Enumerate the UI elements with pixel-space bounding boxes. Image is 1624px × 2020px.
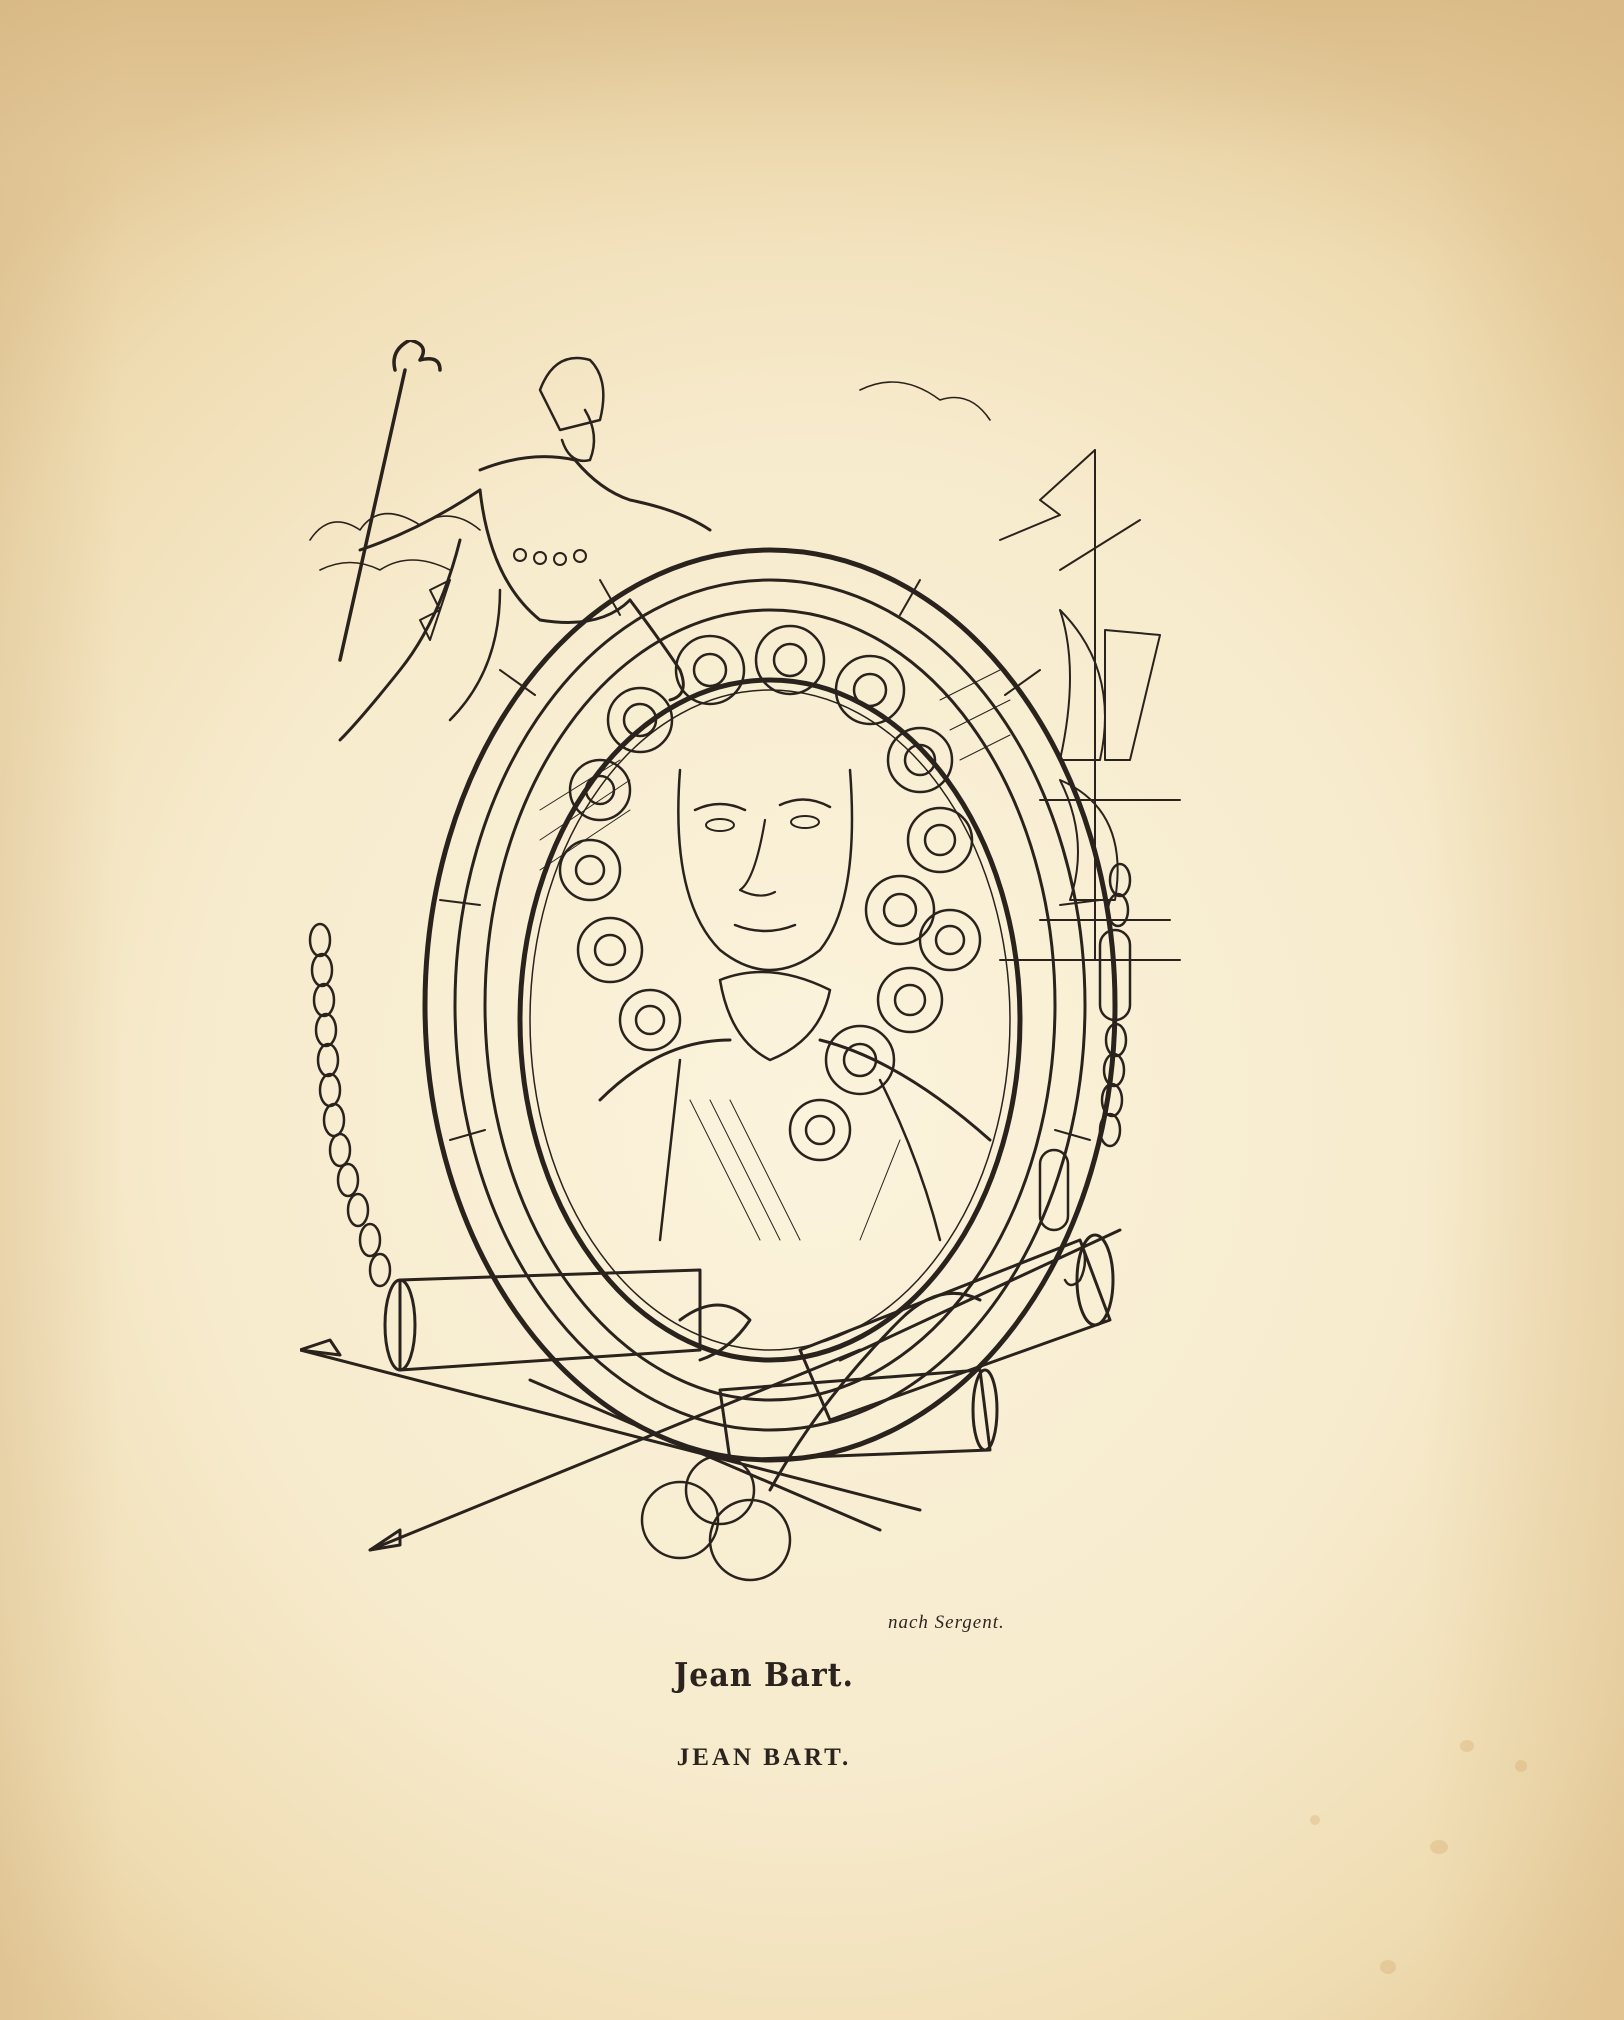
paper-stain-right	[1424, 0, 1624, 2020]
cannon-icon	[385, 1235, 1113, 1460]
engraver-credit: nach Sergent.	[888, 1612, 1005, 1634]
cannonballs-icon	[642, 1456, 790, 1580]
foxing-spot	[1430, 1840, 1448, 1854]
paper-stain-top	[0, 0, 1624, 260]
portrait-jean-bart	[540, 626, 1010, 1240]
scanned-book-page: nach Sergent. Jean Bart. JEAN BART.	[0, 0, 1624, 2020]
engraving-illustration	[300, 340, 1200, 1610]
foxing-spot	[1310, 1815, 1320, 1825]
smoke-icon	[310, 382, 990, 570]
caption-french-text: JEAN BART.	[677, 1744, 852, 1772]
foxing-spot	[1380, 1960, 1396, 1974]
paper-stain-left	[0, 0, 120, 2020]
boarding-pike-icon	[340, 340, 440, 660]
caption-german: Jean Bart.	[0, 1658, 1624, 1693]
caption-german-text: Jean Bart.	[674, 1657, 854, 1695]
caption-french: JEAN BART.	[0, 1744, 1624, 1772]
